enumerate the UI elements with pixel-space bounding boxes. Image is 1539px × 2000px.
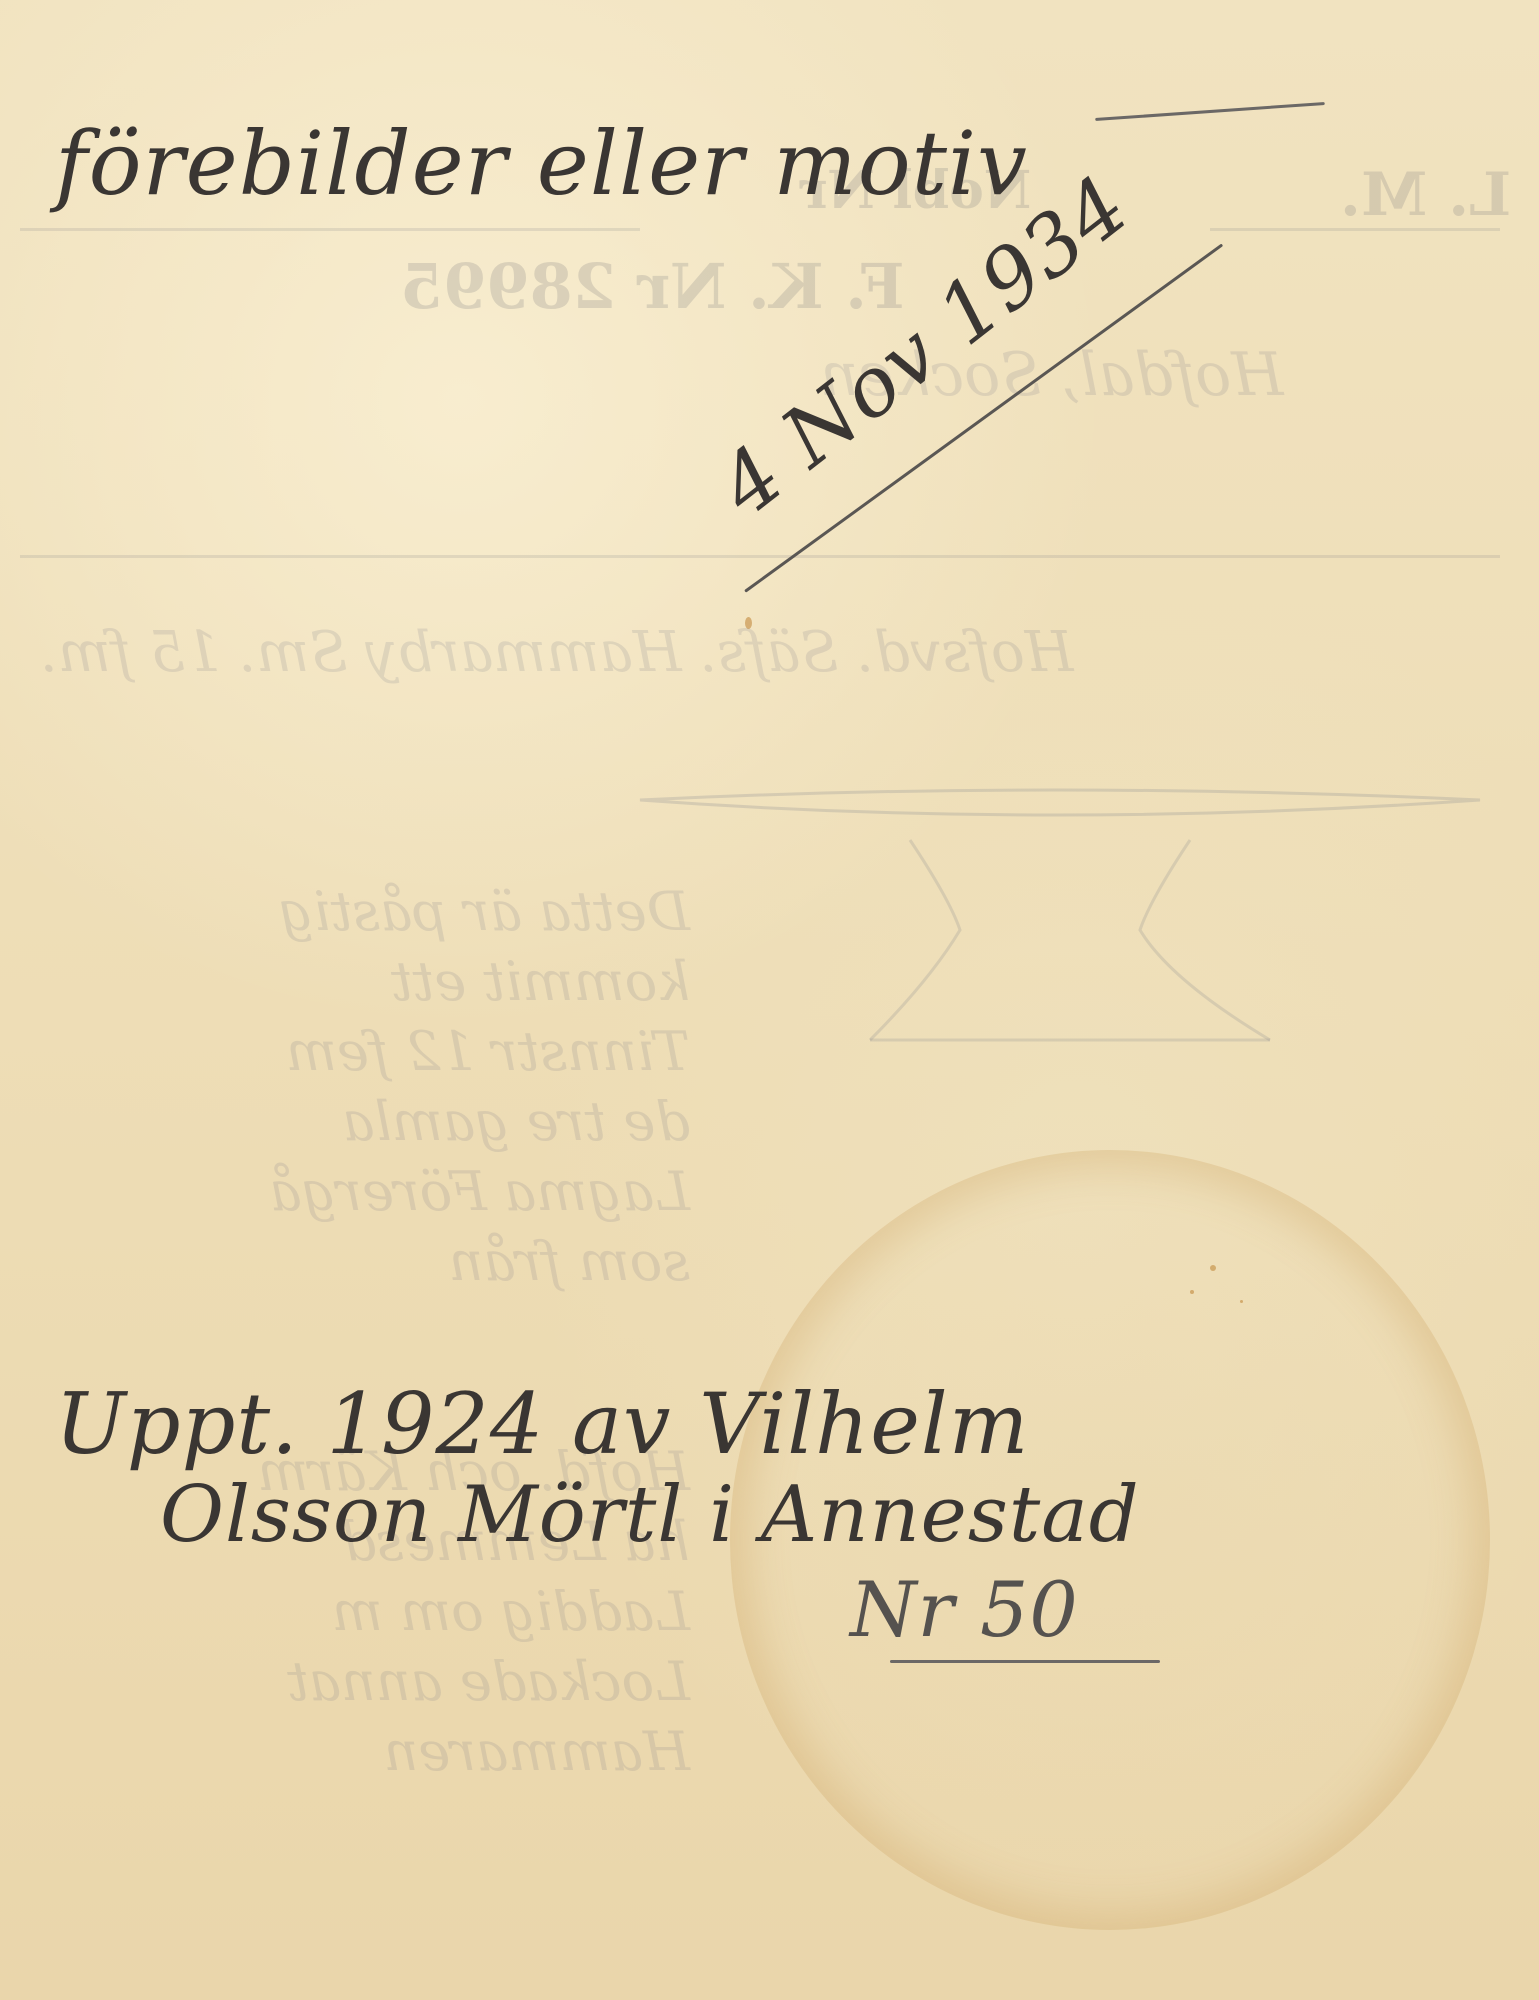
bleed-rule-top-right <box>1210 228 1500 231</box>
item-number-underline <box>890 1660 1160 1663</box>
bleed-column-line: kommit ett <box>50 950 690 1020</box>
bleed-column-line: som från <box>50 1230 690 1300</box>
bleed-rule-mid <box>20 555 1500 558</box>
heading-handwriting: förebilder eller motiv <box>55 112 1028 215</box>
bleed-column-line: Detta är påstig <box>50 880 690 950</box>
bleed-column-line: Lockade annat <box>50 1650 690 1720</box>
bleed-column-line: Hammaren <box>50 1720 690 1790</box>
stain-speck <box>1210 1265 1216 1271</box>
provenance-line-1: Uppt. 1924 av Vilhelm <box>55 1375 1029 1473</box>
bleed-catalog-number: F. K. Nr 28995 <box>400 250 905 323</box>
stain-speck <box>1240 1300 1243 1303</box>
bleed-column-line: Lagma Förergå <box>50 1160 690 1230</box>
bleed-column-line: Tinnstr 12 fem <box>50 1020 690 1090</box>
bleed-pedestal-drawing <box>630 780 1490 1060</box>
bleed-rule-top <box>20 228 640 231</box>
bleed-line-b: Hofsvd. Säfs. Hammarby Sm. 15 fm. <box>40 620 1074 685</box>
stain-speck <box>1190 1290 1194 1294</box>
bleed-header-left: L. M. <box>1340 160 1511 230</box>
bleed-column-line: de tre gamla <box>50 1090 690 1160</box>
item-number: Nr 50 <box>850 1565 1079 1654</box>
bleed-column: Detta är påstig kommit ett Tinnstr 12 fe… <box>50 880 690 1790</box>
bleed-column-line: Laddig om m <box>50 1580 690 1650</box>
provenance-line-2: Olsson Mörtl i Annestad <box>160 1470 1140 1560</box>
